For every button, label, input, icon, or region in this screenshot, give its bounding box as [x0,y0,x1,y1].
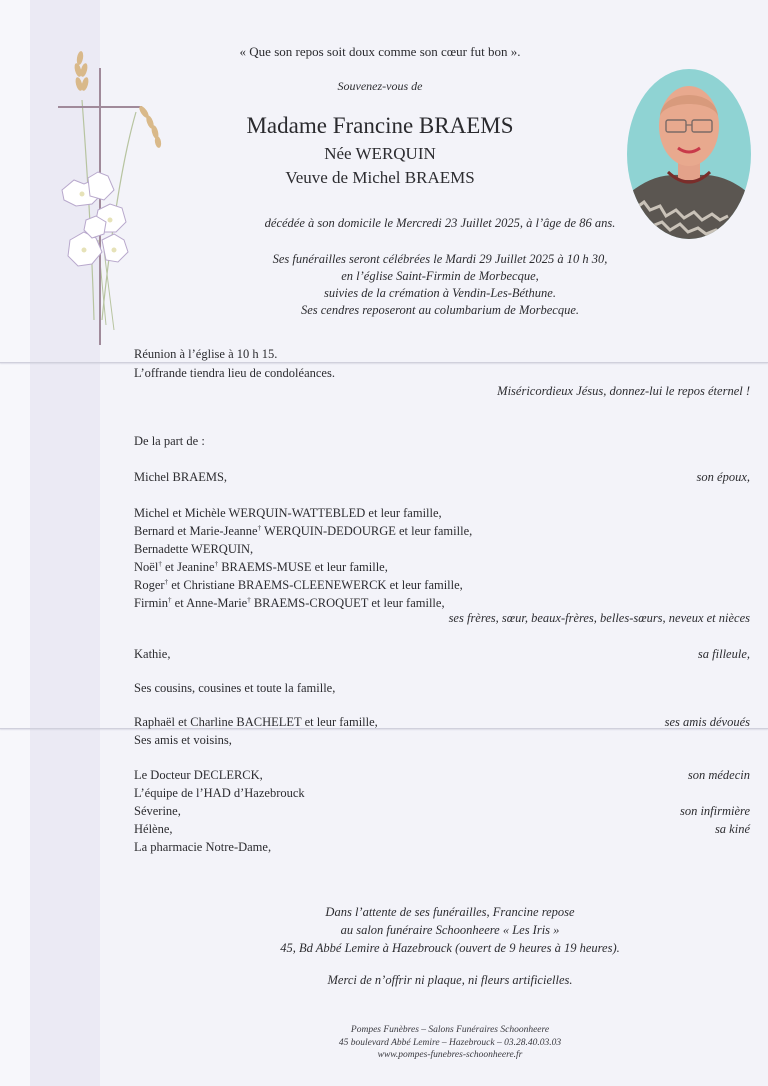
spouse-relation: son époux, [697,470,750,485]
cousins-line: Ses cousins, cousines et toute la famill… [134,681,335,696]
deceased-cross-icon: † [168,596,172,604]
from-label: De la part de : [134,434,205,449]
fold-line [0,362,768,363]
goddaughter-name: Kathie, [134,647,170,662]
deceased-cross-icon: † [165,578,169,586]
care-relation: sa kiné [715,822,750,837]
funeral-line: suivies de la crémation à Vendin-Les-Bét… [180,285,700,302]
credit-line: Pompes Funèbres – Salons Funéraires Scho… [260,1024,640,1037]
sibling-line: Bernard et Marie-Jeanne† WERQUIN-DEDOURG… [134,524,472,539]
rest-line: Dans l’attente de ses funérailles, Franc… [200,903,700,921]
remember-intro: Souvenez-vous de [130,79,630,94]
death-notice: décédée à son domicile le Mercredi 23 Ju… [180,215,700,232]
goddaughter-relation: sa filleule, [698,647,750,662]
rest-line: 45, Bd Abbé Lemire à Hazebrouck (ouvert … [200,939,700,957]
credit-line: www.pompes-funebres-schoonheere.fr [260,1049,640,1062]
sibling-line: Bernadette WERQUIN, [134,542,253,557]
deceased-cross-icon: † [247,596,251,604]
devoted-friends-relation: ses amis dévoués [665,715,750,730]
care-name: Hélène, [134,822,173,837]
widow-of: Veuve de Michel BRAEMS [130,168,630,188]
sibling-line: Noël† et Jeanine† BRAEMS-MUSE et leur fa… [134,560,388,575]
sibling-line: Firmin† et Anne-Marie† BRAEMS-CROQUET et… [134,596,445,611]
prayer: Miséricordieux Jésus, donnez-lui le repo… [497,384,750,399]
paper-edge [0,0,30,1086]
church-meeting-note: Réunion à l’église à 10 h 15. [134,347,277,362]
devoted-friends-name: Raphaël et Charline BACHELET et leur fam… [134,715,378,730]
deceased-cross-icon: † [158,560,162,568]
fold-line [0,728,768,729]
care-name: Le Docteur DECLERCK, [134,768,263,783]
sibling-line: Michel et Michèle WERQUIN-WATTEBLED et l… [134,506,442,521]
sibling-line: Roger† et Christiane BRAEMS-CLEENEWERCK … [134,578,463,593]
care-name: La pharmacie Notre-Dame, [134,840,271,855]
credit-line: 45 boulevard Abbé Lemire – Hazebrouck – … [260,1037,640,1050]
friends-line: Ses amis et voisins, [134,733,232,748]
funeral-line: Ses funérailles seront célébrées le Mard… [180,251,700,268]
rest-location: Dans l’attente de ses funérailles, Franc… [200,903,700,957]
flowers-request: Merci de n’offrir ni plaque, ni fleurs a… [200,971,700,989]
offering-note: L’offrande tiendra lieu de condoléances. [134,366,335,381]
care-name: Séverine, [134,804,181,819]
funeral-home-credit: Pompes Funèbres – Salons Funéraires Scho… [260,1024,640,1062]
funeral-line: Ses cendres reposeront au columbarium de… [180,302,700,319]
deceased-name: Madame Francine BRAEMS [130,113,630,139]
funeral-line: en l’église Saint-Firmin de Morbecque, [180,268,700,285]
epitaph-quote: « Que son repos soit doux comme son cœur… [130,44,630,60]
care-name: L’équipe de l’HAD d’Hazebrouck [134,786,305,801]
funeral-details: Ses funérailles seront célébrées le Mard… [180,251,700,319]
care-relation: son infirmière [680,804,750,819]
rest-line: au salon funéraire Schoonheere « Les Iri… [200,921,700,939]
spouse-name: Michel BRAEMS, [134,470,227,485]
deceased-cross-icon: † [215,560,219,568]
siblings-relation: ses frères, sœur, beaux-frères, belles-s… [449,611,750,626]
deceased-cross-icon: † [258,524,262,532]
maiden-name: Née WERQUIN [130,144,630,164]
care-relation: son médecin [688,768,750,783]
